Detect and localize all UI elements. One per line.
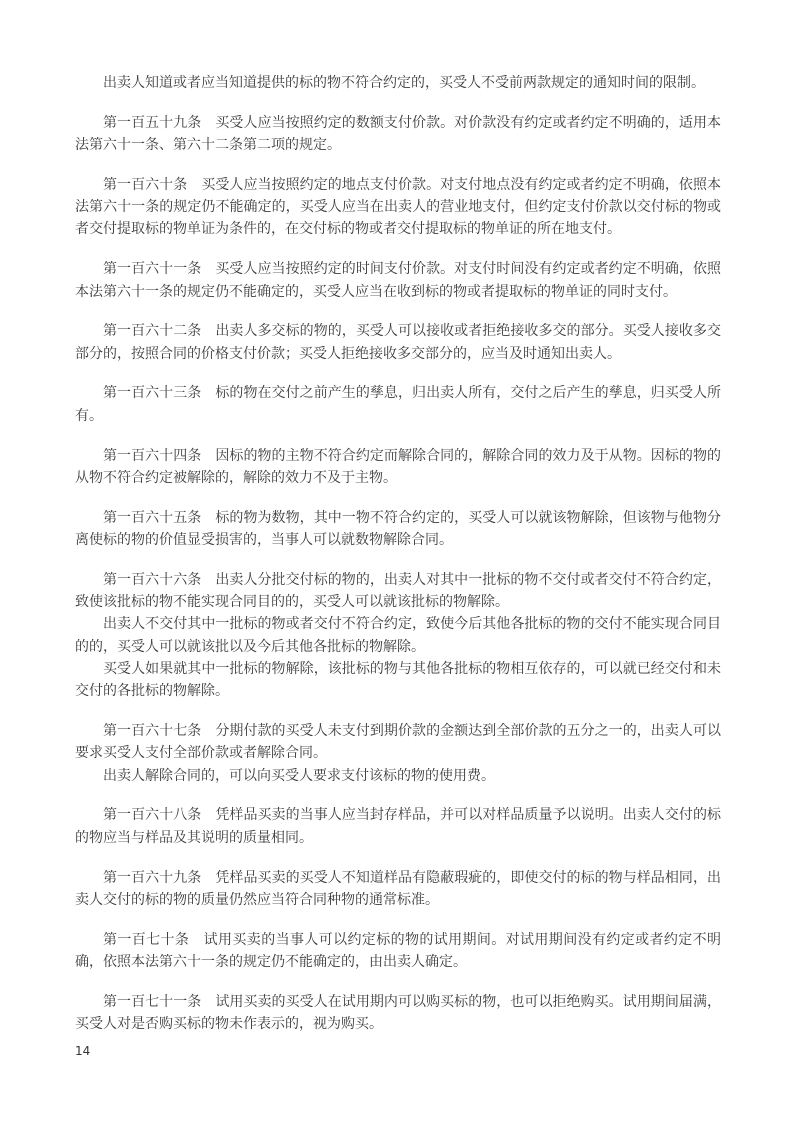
article-159: 第一百五十九条 买受人应当按照约定的数额支付价款。对价款没有约定或者约定不明确的…	[75, 112, 721, 157]
article-167: 第一百六十七条 分期付款的买受人未支付到期价款的金额达到全部价款的五分之一的，出…	[75, 720, 721, 787]
legal-paragraph: 第一百六十七条 分期付款的买受人未支付到期价款的金额达到全部价款的五分之一的，出…	[75, 720, 721, 765]
legal-paragraph: 出卖人不交付其中一批标的物或者交付不符合约定，致使今后其他各批标的物的交付不能实…	[75, 613, 721, 658]
article-165: 第一百六十五条 标的物为数物，其中一物不符合约定的，买受人可以就该物解除，但该物…	[75, 507, 721, 552]
legal-paragraph: 出卖人知道或者应当知道提供的标的物不符合约定的，买受人不受前两款规定的通知时间的…	[75, 72, 721, 94]
article-171: 第一百七十一条 试用买卖的买受人在试用期内可以购买标的物，也可以拒绝购买。试用期…	[75, 991, 721, 1036]
legal-paragraph: 第一百六十九条 凭样品买卖的买受人不知道样品有隐蔽瑕疵的，即使交付的标的物与样品…	[75, 867, 721, 912]
article-163: 第一百六十三条 标的物在交付之前产生的孳息，归出卖人所有，交付之后产生的孳息，归…	[75, 382, 721, 427]
legal-paragraph: 第一百七十条 试用买卖的当事人可以约定标的物的试用期间。对试用期间没有约定或者约…	[75, 929, 721, 974]
legal-paragraph: 第一百六十一条 买受人应当按照约定的时间支付价款。对支付时间没有约定或者约定不明…	[75, 258, 721, 303]
article-160: 第一百六十条 买受人应当按照约定的地点支付价款。对支付地点没有约定或者约定不明确…	[75, 174, 721, 241]
legal-paragraph: 第一百七十一条 试用买卖的买受人在试用期内可以购买标的物，也可以拒绝购买。试用期…	[75, 991, 721, 1036]
article-158-continuation: 出卖人知道或者应当知道提供的标的物不符合约定的，买受人不受前两款规定的通知时间的…	[75, 72, 721, 94]
article-164: 第一百六十四条 因标的物的主物不符合约定而解除合同的，解除合同的效力及于从物。因…	[75, 445, 721, 490]
legal-paragraph: 第一百六十五条 标的物为数物，其中一物不符合约定的，买受人可以就该物解除，但该物…	[75, 507, 721, 552]
article-162: 第一百六十二条 出卖人多交标的物的，买受人可以接收或者拒绝接收多交的部分。买受人…	[75, 320, 721, 365]
article-166: 第一百六十六条 出卖人分批交付标的物的，出卖人对其中一批标的物不交付或者交付不符…	[75, 569, 721, 703]
legal-paragraph: 第一百六十六条 出卖人分批交付标的物的，出卖人对其中一批标的物不交付或者交付不符…	[75, 569, 721, 614]
legal-paragraph: 第一百六十三条 标的物在交付之前产生的孳息，归出卖人所有，交付之后产生的孳息，归…	[75, 382, 721, 427]
document-body: 出卖人知道或者应当知道提供的标的物不符合约定的，买受人不受前两款规定的通知时间的…	[75, 72, 721, 1035]
legal-paragraph: 第一百六十二条 出卖人多交标的物的，买受人可以接收或者拒绝接收多交的部分。买受人…	[75, 320, 721, 365]
legal-paragraph: 第一百六十八条 凭样品买卖的当事人应当封存样品，并可以对样品质量予以说明。出卖人…	[75, 804, 721, 849]
page-number: 14	[75, 1044, 90, 1058]
legal-paragraph: 出卖人解除合同的，可以向买受人要求支付该标的物的使用费。	[75, 765, 721, 787]
legal-paragraph: 第一百五十九条 买受人应当按照约定的数额支付价款。对价款没有约定或者约定不明确的…	[75, 112, 721, 157]
legal-paragraph: 第一百六十条 买受人应当按照约定的地点支付价款。对支付地点没有约定或者约定不明确…	[75, 174, 721, 241]
document-page: 出卖人知道或者应当知道提供的标的物不符合约定的，买受人不受前两款规定的通知时间的…	[0, 0, 793, 1122]
article-169: 第一百六十九条 凭样品买卖的买受人不知道样品有隐蔽瑕疵的，即使交付的标的物与样品…	[75, 867, 721, 912]
article-168: 第一百六十八条 凭样品买卖的当事人应当封存样品，并可以对样品质量予以说明。出卖人…	[75, 804, 721, 849]
article-170: 第一百七十条 试用买卖的当事人可以约定标的物的试用期间。对试用期间没有约定或者约…	[75, 929, 721, 974]
legal-paragraph: 第一百六十四条 因标的物的主物不符合约定而解除合同的，解除合同的效力及于从物。因…	[75, 445, 721, 490]
legal-paragraph: 买受人如果就其中一批标的物解除，该批标的物与其他各批标的物相互依存的，可以就已经…	[75, 658, 721, 703]
article-161: 第一百六十一条 买受人应当按照约定的时间支付价款。对支付时间没有约定或者约定不明…	[75, 258, 721, 303]
